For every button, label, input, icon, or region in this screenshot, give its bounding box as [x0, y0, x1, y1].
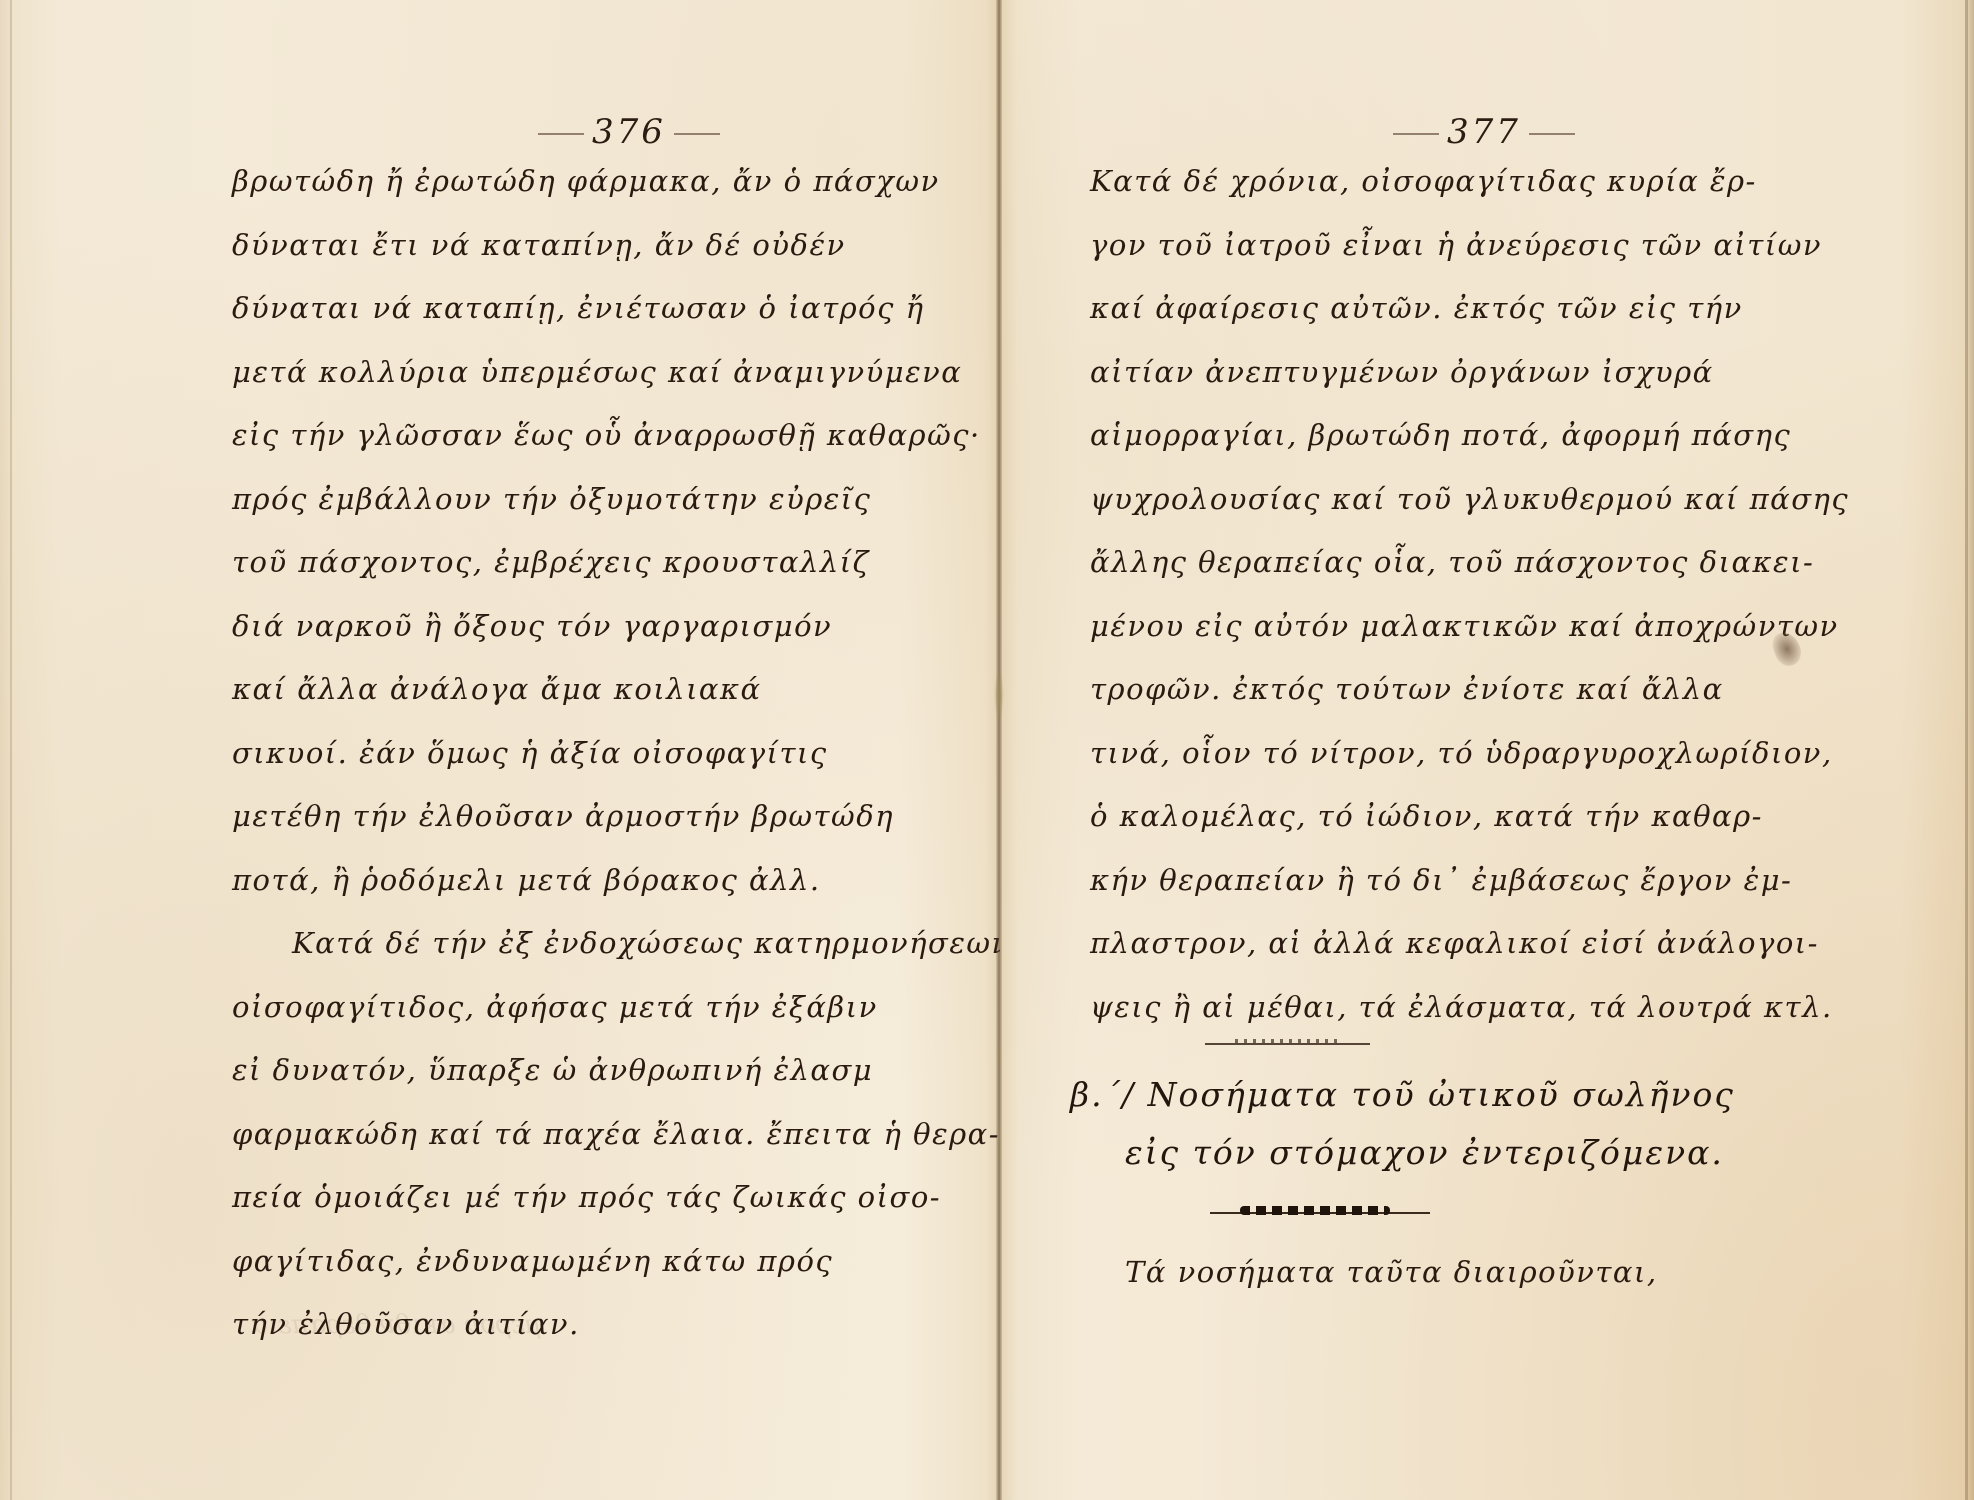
text-line: φαρμακώδη καί τά παχέα ἔλαια. ἔπειτα ἡ θ…: [232, 1103, 972, 1167]
section-divider-top: [1205, 1043, 1370, 1045]
page-number-dash: [1393, 133, 1439, 135]
text-line: γον τοῦ ἰατροῦ εἶναι ἡ ἀνεύρεσις τῶν αἰτ…: [1090, 214, 1850, 278]
section-heading-line-2: εἰς τόν στόμαχον ἐντεριζόμενα.: [1125, 1133, 1724, 1172]
text-line: πρός ἐμβάλλουν τήν ὀξυμοτάτην εὐρεῖς: [232, 468, 972, 532]
text-line: βρωτώδη ἤ ἐρωτώδη φάρμακα, ἄν ὁ πάσχων: [232, 150, 972, 214]
text-line: ποτά, ἢ ῥοδόμελι μετά βόρακος ἀλλ.: [232, 849, 972, 913]
page-number-dash: [1529, 133, 1575, 135]
section-divider-bottom: [1210, 1212, 1430, 1214]
text-line: δύναται ἔτι νά καταπίνῃ, ἄν δέ οὐδέν: [232, 214, 972, 278]
text-line: ἄλλης θεραπείας οἷα, τοῦ πάσχοντος διακε…: [1090, 531, 1850, 595]
book-gutter: [996, 0, 1002, 1500]
text-line: ψυχρολουσίας καί τοῦ γλυκυθερμού καί πάσ…: [1090, 468, 1850, 532]
paragraph-start-line: Κατά δέ τήν ἐξ ἐνδοχώσεως κατηρμονήσεων: [232, 912, 972, 976]
text-line: ψεις ἢ αἱ μέθαι, τά ἐλάσματα, τά λουτρά …: [1090, 976, 1850, 1040]
text-line: μένου εἰς αὐτόν μαλακτικῶν καί ἀποχρώντω…: [1090, 595, 1850, 659]
text-line: καί ἀφαίρεσις αὐτῶν. ἐκτός τῶν εἰς τήν: [1090, 277, 1850, 341]
text-line: πλαστρον, αἱ ἀλλά κεφαλικοί εἰσί ἀνάλογο…: [1090, 912, 1850, 976]
left-page-text: βρωτώδη ἤ ἐρωτώδη φάρμακα, ἄν ὁ πάσχων δ…: [232, 150, 972, 1357]
text-line: Κατά δέ χρόνια, οἰσοφαγίτιδας κυρία ἔρ-: [1090, 150, 1850, 214]
text-line: εἰς τήν γλῶσσαν ἕως οὗ ἀναρρωσθῇ καθαρῶς…: [232, 404, 972, 468]
text-line: διά ναρκοῦ ἢ ὄξους τόν γαργαρισμόν: [232, 595, 972, 659]
gutter-stain: [994, 670, 1004, 720]
page-number-text: 376: [592, 112, 666, 152]
text-line: εἰ δυνατόν, ὕπαρξε ὡ ἀνθρωπινή ἐλασμ: [232, 1039, 972, 1103]
text-line: τοῦ πάσχοντος, ἐμβρέχεις κρουσταλλίζ: [232, 531, 972, 595]
right-page-text: Κατά δέ χρόνια, οἰσοφαγίτιδας κυρία ἔρ- …: [1090, 150, 1850, 1039]
text-line: μετέθη τήν ἐλθοῦσαν ἀρμοστήν βρωτώδη: [232, 785, 972, 849]
text-line: δύναται νά καταπίῃ, ἐνιέτωσαν ὁ ἰατρός ἤ: [232, 277, 972, 341]
text-line: ὁ καλομέλας, τό ἰώδιον, κατά τήν καθαρ-: [1090, 785, 1850, 849]
page-number-dash: [674, 133, 720, 135]
page-number-dash: [538, 133, 584, 135]
text-line: οἰσοφαγίτιδος, ἀφήσας μετά τήν ἐξάβιν: [232, 976, 972, 1040]
text-line: πεία ὁμοιάζει μέ τήν πρός τάς ζωικάς οἰσ…: [232, 1166, 972, 1230]
text-line: καί ἄλλα ἀνάλογα ἄμα κοιλιακά: [232, 658, 972, 722]
text-line: αἰτίαν ἀνεπτυγμένων ὀργάνων ἰσχυρά: [1090, 341, 1850, 405]
page-number-text: 377: [1447, 112, 1521, 152]
section-first-line: Τά νοσήματα ταῦτα διαιροῦνται,: [1125, 1255, 1658, 1289]
text-line: μετά κολλύρια ὑπερμέσως καί ἀναμιγνύμενα: [232, 341, 972, 405]
book-spread: μερον ακιθν θεραπεια 376 βρωτώδη ἤ ἐρωτώ…: [0, 0, 1974, 1500]
text-line: κήν θεραπείαν ἢ τό δι᾽ ἐμβάσεως ἔργον ἐμ…: [1090, 849, 1850, 913]
left-page: μερον ακιθν θεραπεια 376 βρωτώδη ἤ ἐρωτώ…: [0, 0, 1000, 1500]
page-number-left: 376: [530, 112, 728, 152]
text-line: αἱμορραγίαι, βρωτώδη ποτά, ἀφορμή πάσης: [1090, 404, 1850, 468]
section-heading-line-1: β.΄/ Νοσήματα τοῦ ὠτικοῦ σωλῆνος: [1070, 1075, 1735, 1114]
page-number-right: 377: [1385, 112, 1583, 152]
text-line: τροφῶν. ἐκτός τούτων ἐνίοτε καί ἄλλα: [1090, 658, 1850, 722]
text-line: τήν ἐλθοῦσαν ἀιτίαν.: [232, 1293, 972, 1357]
text-line: φαγίτιδας, ἐνδυναμωμένη κάτω πρός: [232, 1230, 972, 1294]
text-line: τινά, οἷον τό νίτρον, τό ὑδραργυροχλωρίδ…: [1090, 722, 1850, 786]
text-line: σικυοί. ἐάν ὅμως ἡ ἀξία οἰσοφαγίτις: [232, 722, 972, 786]
